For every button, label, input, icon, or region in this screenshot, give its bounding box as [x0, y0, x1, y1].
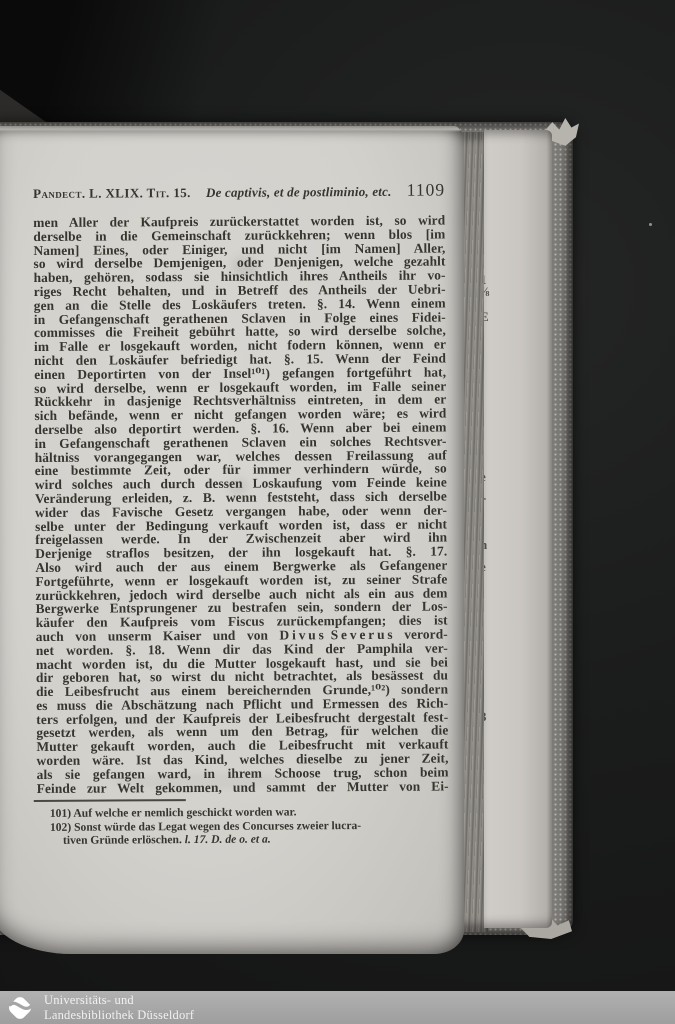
library-name-line1: Universitäts- und: [44, 993, 194, 1008]
cutoff-letter: n: [484, 538, 494, 551]
cutoff-letter: 3: [484, 710, 494, 723]
cutoff-letter: .: [484, 647, 494, 660]
footnote-citation: l. 17. D. de o. et a.: [185, 832, 271, 846]
body-line: Feinde zur Welt gekommen, und sammt der …: [37, 779, 449, 795]
cutoff-letter: -: [484, 516, 494, 529]
library-name: Universitäts- und Landesbibliothek Düsse…: [44, 993, 194, 1022]
ulb-dusseldorf-logo-icon: [5, 993, 35, 1023]
library-brand-bar: Universitäts- und Landesbibliothek Düsse…: [0, 991, 675, 1024]
header-reference: Pandect. L. XLIX. Tit. 15.: [33, 185, 191, 202]
page-text-block: Pandect. L. XLIX. Tit. 15. De captivis, …: [33, 179, 449, 847]
facing-page-strip: 1⅞Eer-ne/-.3.: [484, 130, 552, 928]
footnote-text: tiven Gründe erlöschen.: [63, 833, 185, 847]
dust-speck: [649, 223, 652, 226]
library-name-line2: Landesbibliothek Düsseldorf: [44, 1008, 194, 1023]
cutoff-letter: e: [484, 470, 494, 483]
header-chapter-title: De captivis, et de postliminio, etc.: [206, 184, 392, 201]
cutoff-letter: ⅞: [484, 285, 494, 298]
cutoff-letter: .: [484, 770, 494, 783]
cutoff-letter: E: [484, 310, 494, 323]
cutoff-letter: e: [484, 560, 494, 573]
cutoff-letter: r: [484, 493, 494, 506]
scanned-page: Pandect. L. XLIX. Tit. 15. De captivis, …: [0, 126, 464, 954]
page-number: 1109: [407, 179, 445, 200]
background-shadow: [0, 0, 675, 132]
footnote-separator: [34, 800, 186, 803]
scan-background: 1⅞Eer-ne/-.3. Pandect. L. XLIX. Tit. 15.…: [0, 0, 675, 1024]
footnotes: 101) Auf welche er nemlich geschickt wor…: [50, 805, 449, 847]
cutoff-letter: /: [484, 602, 494, 615]
footnote-102-continued: tiven Gründe erlöschen. l. 17. D. de o. …: [50, 831, 449, 847]
cutoff-letter: -: [484, 626, 494, 639]
body-text: men Aller der Kaufpreis zurückerstattet …: [33, 213, 449, 795]
running-header: Pandect. L. XLIX. Tit. 15. De captivis, …: [33, 179, 445, 203]
